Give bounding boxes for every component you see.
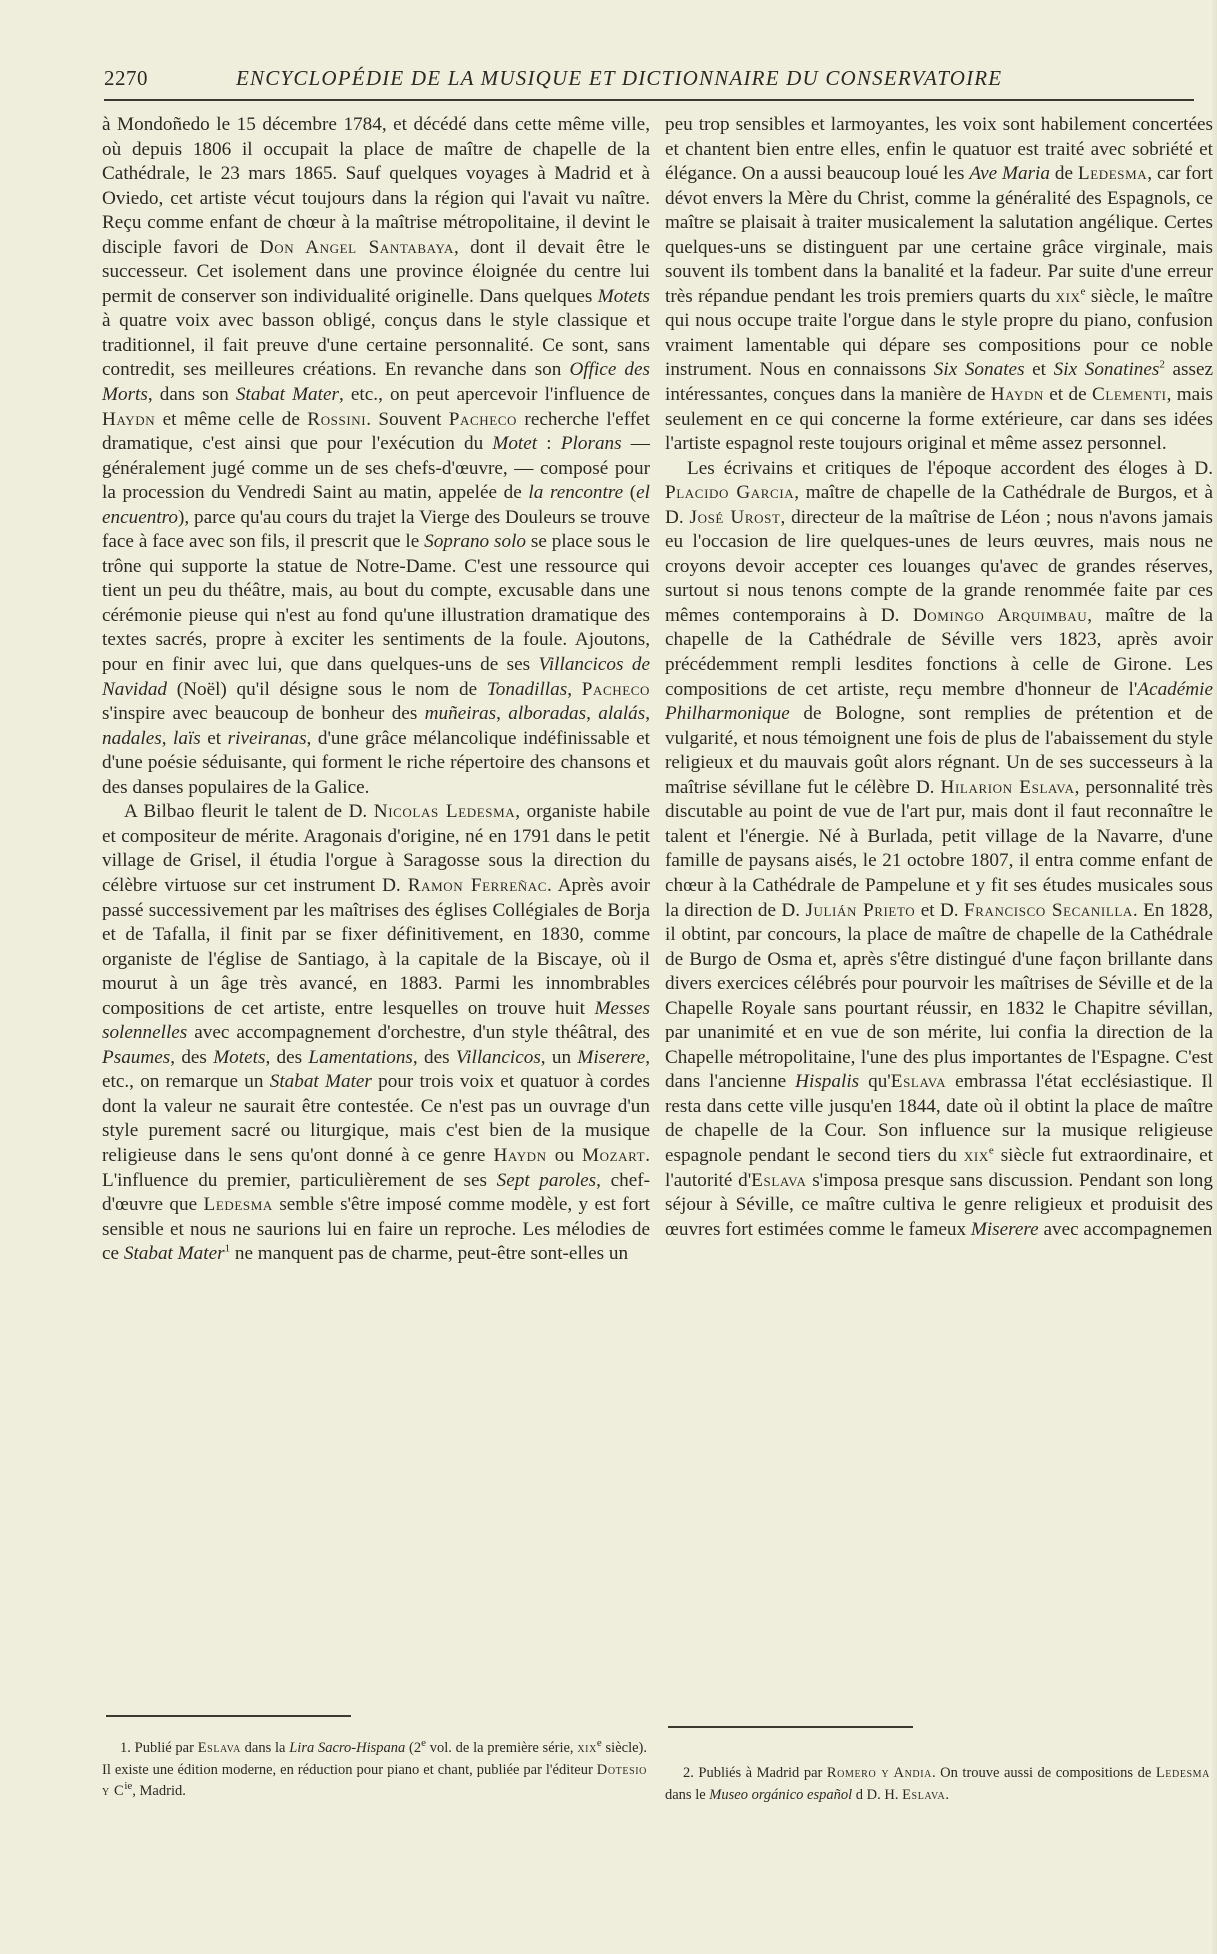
work-title: Six Sonates [934,359,1025,380]
text: et D. [915,900,964,921]
text: ( [623,482,636,503]
italic-term: alalás [598,703,645,724]
paragraph-ledesma: A Bilbao fleurit le talent de D. Nicolas… [102,800,650,1266]
text: (Noël) qu'il désigne sous le nom de [167,679,487,700]
text: 1. Publié par [120,1740,198,1756]
work-title: Miserere [577,1047,645,1068]
text: , dans son [148,384,236,405]
text: . [945,1787,949,1803]
italic-term: riveiranas [228,728,307,749]
text: , des [413,1047,456,1068]
person-name: Julián Prieto [805,900,915,921]
text: , Madrid. [132,1783,186,1799]
person-name: Placido Garcia [665,482,794,503]
text: dans le [665,1787,709,1803]
footnote-2: 2. Publiés à Madrid par Romero y Andia. … [665,1763,1210,1806]
text: d [852,1787,863,1803]
italic-term: laïs [173,728,201,749]
person-name: Haydn [991,384,1044,405]
person-name: Don Angel Santabaya [260,237,454,258]
running-title: ENCYCLOPÉDIE DE LA MUSIQUE ET DICTIONNAI… [236,66,1002,91]
person-name: Pacheco [582,679,650,700]
person-name: Mozart [582,1145,645,1166]
footnote-rule-left [106,1715,351,1717]
person-name: Eslava [891,1071,946,1092]
text: s'inspire avec beaucoup de bonheur des [102,703,425,724]
right-column: peu trop sensibles et larmoyantes, les v… [665,113,1213,1242]
work-title: Motets [213,1047,265,1068]
work-title: Psaumes [102,1047,170,1068]
italic-term: muñeiras [425,703,496,724]
work-title: Museo orgánico español [709,1787,852,1803]
work-title: Six Sonatines [1054,359,1160,380]
person-name: Nicolas Ledesma [374,801,516,822]
italic-term: alboradas [508,703,586,724]
person-name: Pacheco [449,409,517,430]
work-title: Stabat Mater [124,1243,225,1264]
text: ne manquent pas de charme, peut-être son… [230,1243,628,1264]
footnote-1: 1. Publié par Eslava dans la Lira Sacro-… [102,1738,647,1803]
text: qu' [859,1071,891,1092]
work-title: Stabat Mater [236,384,339,405]
work-title: Plorans [561,433,622,454]
text: . Après avoir passé successivement par l… [102,875,650,1019]
text: , des [170,1047,213,1068]
work-title: Stabat Mater [270,1071,372,1092]
text: : [537,433,561,454]
work-title: Sept paroles [497,1170,597,1191]
italic-term: Soprano solo [424,531,526,552]
person-name: Eslava [902,1787,945,1803]
work-title: Motets [598,286,650,307]
text: , etc., on peut apercevoir l'influence d… [339,384,650,405]
person-name: Eslava [198,1740,241,1756]
left-column: à Mondoñedo le 15 décembre 1784, et décé… [102,113,650,1267]
text: Les écrivains et critiques de l'époque a… [687,458,1213,479]
person-name: Haydn [493,1145,546,1166]
person-name: Francisco Secanilla [964,900,1133,921]
text: D. H. [863,1787,902,1803]
text: , [496,703,508,724]
person-name: Ledesma [1156,1765,1210,1781]
work-title: Motet [492,433,537,454]
work-title: Miserere [971,1219,1039,1240]
italic-term: Tonadillas [487,679,567,700]
person-name: Haydn [102,409,155,430]
text: A Bilbao fleurit le talent de D. [124,801,374,822]
text: et de [1044,384,1092,405]
person-name: Ledesma [204,1194,273,1215]
work-title: Villancicos [456,1047,541,1068]
century-numeral: xix [964,1145,989,1166]
text: , [567,679,582,700]
person-name: Rossini [307,409,366,430]
text: et même celle de [155,409,307,430]
text: . En 1828, il obtint, par concours, la p… [665,900,1213,1093]
work-title: Ave Maria [969,163,1050,184]
text: de [1050,163,1078,184]
text: à quatre voix avec basson obligé, conçus… [102,310,650,380]
text: et [201,728,228,749]
work-title: Lamentations [308,1047,412,1068]
text: . Souvent [366,409,449,430]
text: (2 [405,1740,421,1756]
text: 2. Publiés à Madrid par [683,1765,827,1781]
person-name: Hilarion Eslava [941,777,1075,798]
century-numeral: xix [577,1740,597,1756]
person-name: Domingo Arquimbau [913,605,1087,626]
header-rule [104,99,1194,101]
text: , [645,703,650,724]
person-name: Clementi [1092,384,1167,405]
text: , des [265,1047,308,1068]
italic-term: nadales [102,728,162,749]
text: , [586,703,598,724]
paragraph-ledesma-continued: peu trop sensibles et larmoyantes, les v… [665,113,1213,457]
publisher-name: Romero y Andia [827,1765,932,1781]
text: , [162,728,173,749]
text: , un [541,1047,578,1068]
work-title: Lira Sacro-Hispana [289,1740,405,1756]
text: dans la [241,1740,289,1756]
person-name: Ramon Ferreñac [408,875,547,896]
italic-term: la rencontre [528,482,623,503]
running-header: 2270 ENCYCLOPÉDIE DE LA MUSIQUE ET DICTI… [104,66,1204,96]
paragraph-critics-eslava: Les écrivains et critiques de l'époque a… [665,457,1213,1243]
text: ou [547,1145,582,1166]
paragraph-pacheco: à Mondoñedo le 15 décembre 1784, et décé… [102,113,650,800]
text: et [1025,359,1054,380]
footnote-rule-right [668,1726,913,1728]
text: avec accompagnemen [1039,1219,1213,1240]
person-name: Eslava [751,1170,806,1191]
text: avec accompagnement d'orchestre, d'un st… [187,1022,650,1043]
century-numeral: xix [1056,286,1081,307]
text: . On trouve aussi de compositions de [932,1765,1156,1781]
person-name: José Urost [690,507,781,528]
italic-term: Hispalis [795,1071,859,1092]
page-number: 2270 [104,66,148,91]
person-name: Ledesma [1078,163,1147,184]
text: vol. de la première série, [426,1740,577,1756]
